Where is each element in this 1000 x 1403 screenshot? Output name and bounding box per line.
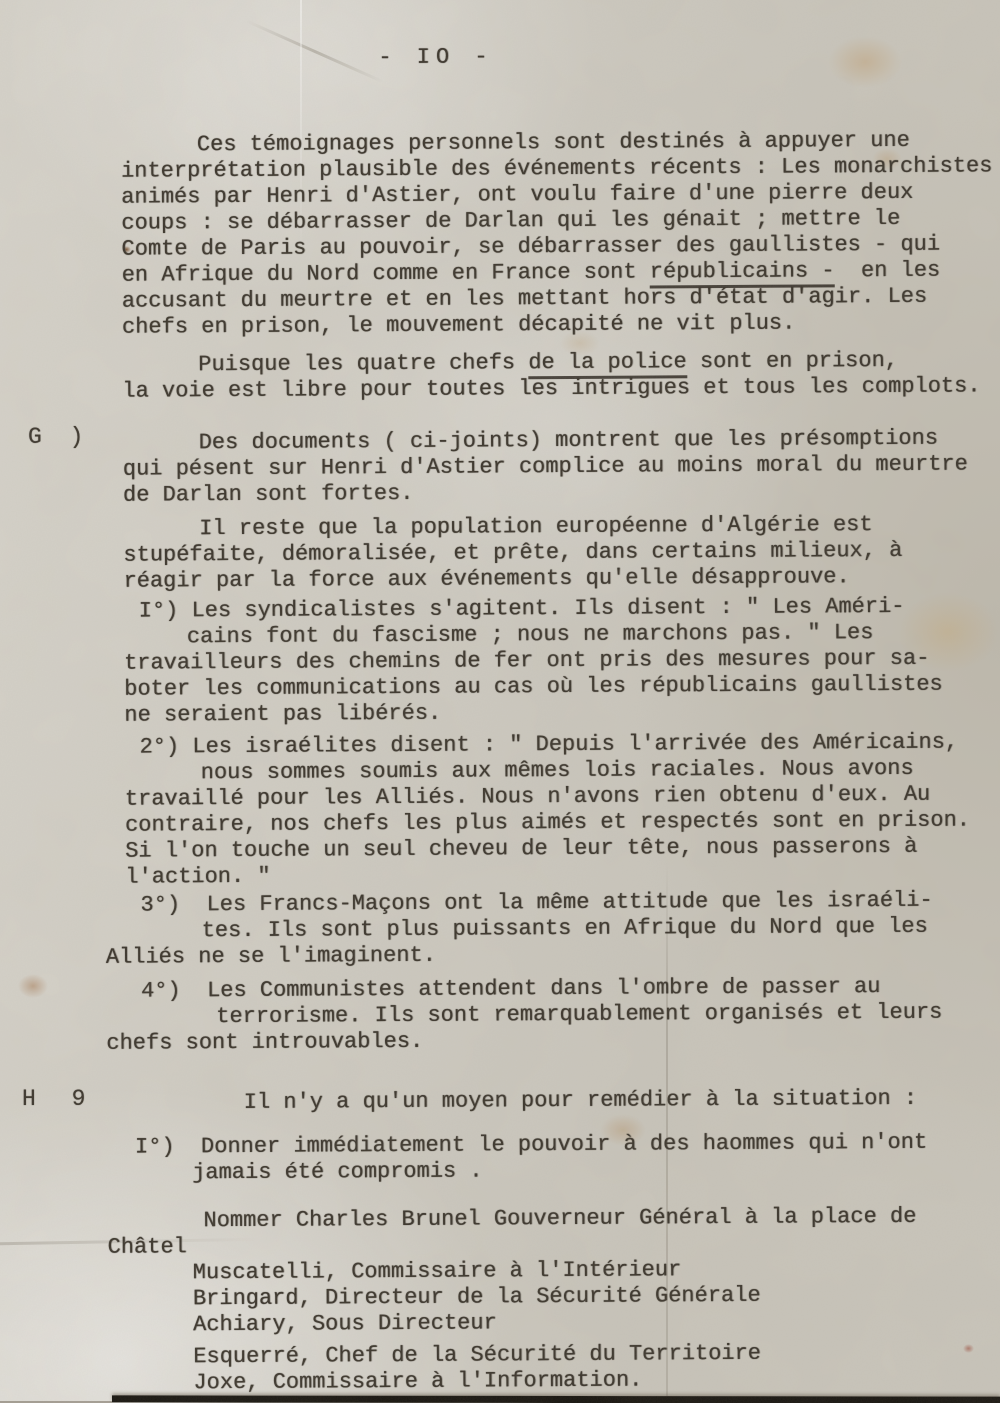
text-line: qui pésent sur Henri d'Astier complice a… [123, 451, 1000, 482]
paragraph-population: Il reste que la population européenne d'… [123, 511, 1000, 594]
text-line: de Darlan sont fortes. [123, 477, 1000, 508]
text-line: la voie est libre pour toutes les intrig… [122, 373, 1000, 404]
paragraph-nominations: Nommer Charles Brunel Gouverneur Général… [127, 1203, 1000, 1396]
text-line: Alliés ne se l'imaginent. [106, 939, 1000, 970]
text-line: l'action. " [125, 859, 1000, 890]
text-line: jamais été compromis . [192, 1155, 1000, 1186]
margin-marker-g: G ) [28, 424, 83, 450]
paragraph-remede: Il n'y a qu'un moyen pour remédier à la … [127, 1085, 1000, 1116]
text-line: Si l'on touche un seul cheveu de leur tê… [125, 833, 1000, 864]
typewritten-text: - IO - Ces témoignages personnels sont d… [0, 0, 1000, 1397]
text-segment: en Afrique du Nord comme en France sont [122, 259, 650, 287]
text-line: terrorisme. Ils sont remarquablement org… [216, 999, 1000, 1030]
text-line: accusant du meurtre et en les mettant ho… [122, 283, 1000, 314]
text-line: stupéfaite, démoralisée, et prête, dans … [123, 537, 1000, 568]
text-line: I°) Donner immédiatement le pouvoir à de… [135, 1129, 1000, 1160]
text-line: Il n'y a qu'un moyen pour remédier à la … [244, 1085, 1000, 1116]
text-line: ne seraient pas libérés. [124, 697, 1000, 728]
text-segment: Puisque les quatre chefs [198, 350, 528, 377]
text-segment: en les [835, 258, 941, 284]
text-line: réagir par la force aux événements qu'el… [123, 563, 1000, 594]
paragraph-temoignages: Ces témoignages personnels sont destinés… [121, 127, 1000, 340]
paragraph-documents: Des documents ( ci-joints) montrent que … [123, 425, 1000, 508]
item-2-israelites: 2°) Les israélites disent : " Depuis l'a… [124, 729, 1000, 890]
item-donner: I°) Donner immédiatement le pouvoir à de… [127, 1129, 1000, 1186]
document-page: G ) H 9 - IO - Ces témoignages personnel… [0, 0, 1000, 1403]
item-1-syndicalistes: I°) Les syndicalistes s'agitent. Ils dis… [124, 593, 1000, 728]
text-line: Joxe, Commissaire à l'Information. [193, 1365, 1000, 1396]
text-line: Achiary, Sous Directeur [193, 1307, 1000, 1338]
item-4-communistes: 4°) Les Communistes attendent dans l'omb… [126, 973, 1000, 1056]
text-line: chefs en prison, le mouvement décapité n… [122, 309, 1000, 340]
text-segment: sont en prison, [687, 348, 898, 374]
margin-marker-h: H 9 [22, 1086, 85, 1112]
page-number: - IO - [378, 41, 1000, 71]
paragraph-puisque: Puisque les quatre chefs de la police so… [122, 347, 1000, 404]
paper-bottom-edge [112, 1395, 1000, 1403]
item-3-francs-macons: 3°) Les Francs-Maçons ont la même attitu… [125, 887, 1000, 970]
text-line: boter les communications au cas où les r… [124, 671, 1000, 702]
text-line: tes. Ils sont plus puissants en Afrique … [202, 913, 1000, 944]
text-line: Nommer Charles Brunel Gouverneur Général… [203, 1203, 1000, 1234]
text-line: chefs sont introuvables. [106, 1025, 1000, 1056]
